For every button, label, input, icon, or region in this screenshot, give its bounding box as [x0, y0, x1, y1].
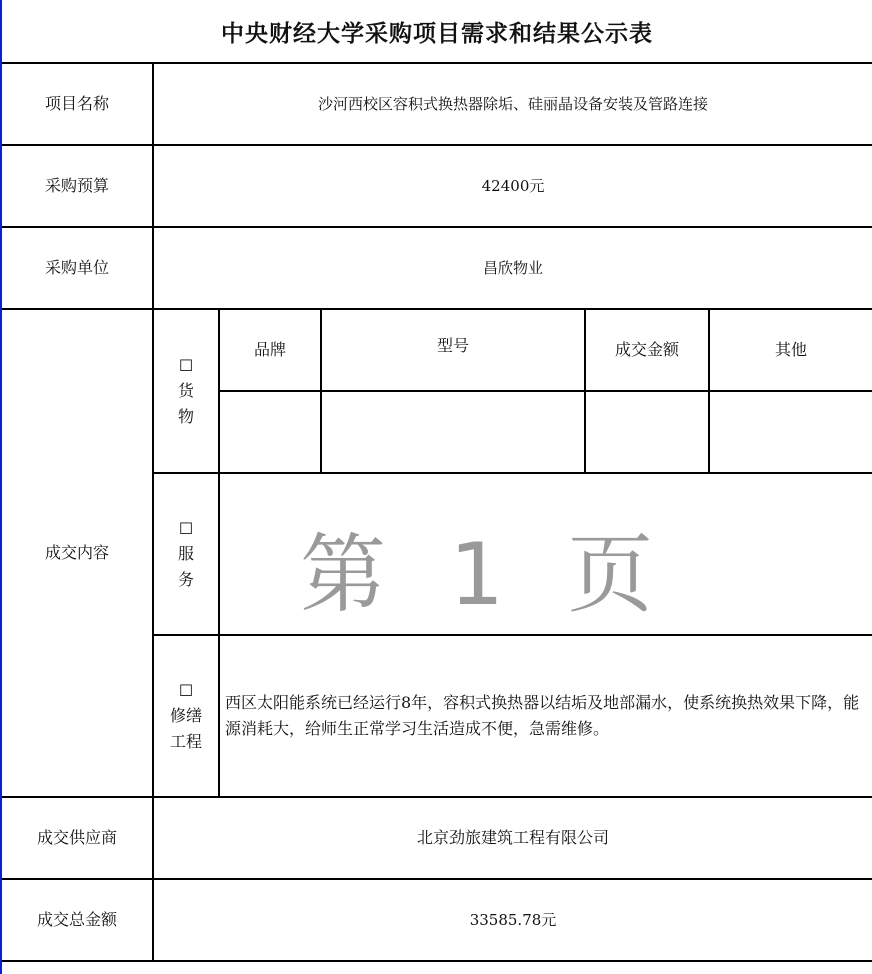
page-watermark: 第 1 页: [300, 505, 671, 629]
service-checkbox[interactable]: ☐: [179, 516, 193, 542]
divider: [153, 634, 872, 636]
divider: [2, 960, 872, 962]
repair-checkbox[interactable]: ☐: [179, 678, 193, 704]
goods-col-model: 型号: [322, 306, 584, 386]
goods-model-value: [322, 392, 584, 472]
project-name-value: 沙河西校区容积式换热器除垢、硅丽晶设备安装及管路连接: [154, 64, 872, 144]
project-name-label: 项目名称: [2, 64, 152, 144]
repair-label: 工程: [170, 729, 202, 755]
service-label: 务: [178, 567, 194, 593]
service-label: 服: [178, 541, 194, 567]
goods-other-value: [710, 392, 872, 472]
goods-label: 物: [178, 404, 194, 430]
purchasing-unit-label: 采购单位: [2, 228, 152, 308]
budget-value: 42400元: [154, 146, 872, 226]
deal-content-label: 成交内容: [2, 310, 152, 796]
purchasing-unit-value: 昌欣物业: [154, 228, 872, 308]
repair-label: 修缮: [170, 703, 202, 729]
goods-category: ☐ 货 物: [154, 310, 218, 472]
supplier-value: 北京劲旅建筑工程有限公司: [154, 798, 872, 878]
goods-amount-value: [586, 392, 708, 472]
repair-category: ☐ 修缮 工程: [154, 636, 218, 796]
total-amount-value: 33585.78元: [154, 880, 872, 960]
budget-label: 采购预算: [2, 146, 152, 226]
goods-brand-value: [220, 392, 320, 472]
goods-col-brand: 品牌: [220, 310, 320, 390]
service-category: ☐ 服 务: [154, 474, 218, 634]
goods-col-amount: 成交金额: [586, 310, 708, 390]
goods-checkbox[interactable]: ☐: [179, 353, 193, 379]
goods-label: 货: [178, 378, 194, 404]
repair-description: 西区太阳能系统已经运行8年，容积式换热器以结垢及地部漏水，使系统换热效果下降，能…: [225, 690, 867, 742]
supplier-label: 成交供应商: [2, 798, 152, 878]
goods-col-other: 其他: [710, 310, 872, 390]
total-amount-label: 成交总金额: [2, 880, 152, 960]
document-title: 中央财经大学采购项目需求和结果公示表: [2, 0, 872, 62]
